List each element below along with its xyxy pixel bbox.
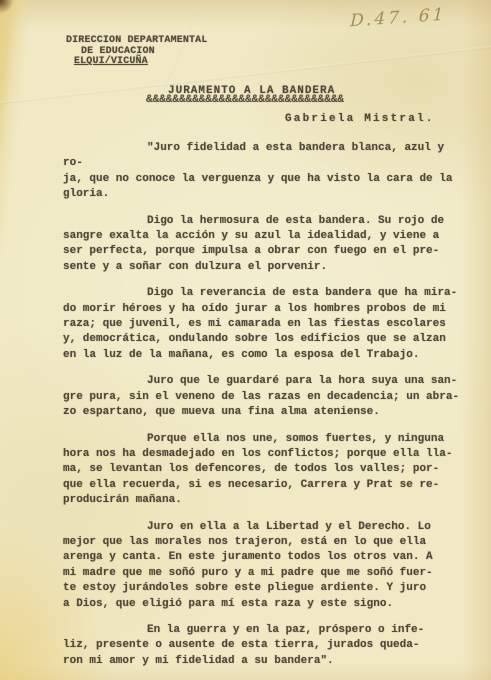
document-body: "Juro fidelidad a esta bandera blanca, a…: [63, 141, 461, 680]
paragraph: Digo la hermosura de esta bandera. Su ro…: [63, 214, 461, 276]
letterhead-line-1: DIRECCION DEPARTAMENTAL: [66, 36, 207, 47]
handwritten-archive-number: D.47. 61: [350, 5, 447, 32]
document-page: D.47. 61 DIRECCION DEPARTAMENTAL DE EDUC…: [0, 0, 491, 680]
paragraph: Juro que le guardaré para la hora suya u…: [63, 374, 461, 420]
paragraph: Juro en ella a la Libertad y el Derecho.…: [63, 520, 461, 612]
letterhead-line-3: ELQUI/VICUÑA: [74, 57, 207, 68]
author-name: Gabriela Mistral.: [285, 113, 435, 125]
paragraph: "Juro fidelidad a esta bandera blanca, a…: [63, 141, 461, 203]
paragraph: Porque ella nos une, somos fuertes, y ni…: [63, 432, 461, 509]
letterhead: DIRECCION DEPARTAMENTAL DE EDUCACION ELQ…: [66, 36, 207, 68]
paragraph: En la guerra y en la paz, próspero o inf…: [63, 623, 461, 669]
paragraph: Digo la reverancia de esta bandera que h…: [63, 286, 461, 363]
title-underline: &&&&&&&&&&&&&&&&&&&&&&&&&&&&&&: [146, 94, 344, 106]
